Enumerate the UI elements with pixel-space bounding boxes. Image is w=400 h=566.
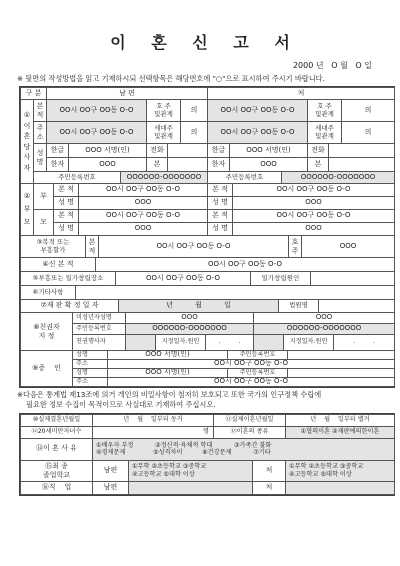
mother-name-value-w: OOO xyxy=(233,223,395,236)
wife-jumin-value: OOOOOO-OOOOOOO xyxy=(282,172,395,184)
witness1-name-label: 성명 xyxy=(73,351,108,360)
ruling-date-label: ⑦재 판 확 정 일 자 xyxy=(21,300,119,313)
occupation-wife-value xyxy=(286,481,395,494)
occupation-wife-label: 처 xyxy=(253,481,286,494)
wife-hangul-label: 한글 xyxy=(208,144,230,158)
section-custody: ⑧친권자지 정 미성년자성명 OOO OOO 주민등록번호 OOOOOO-OOO… xyxy=(20,312,395,351)
wife-bon-value xyxy=(329,158,395,172)
section2-vertical-label: ②부모 xyxy=(21,184,34,236)
founding-cause-label: 일가창립원인 xyxy=(251,272,311,286)
education-options-line2: ④고등학교 ⑤대학 이상 xyxy=(289,471,393,478)
witness1-addr-value: OO시 OO구 OO동 O-O xyxy=(108,360,395,369)
husband-sedaeju-label: 세대주및관계 xyxy=(147,122,181,144)
etc-value xyxy=(76,286,395,300)
witness1-addr-label: 주소 xyxy=(73,360,108,369)
husband-jumin-label: 주민등록번호 xyxy=(34,172,121,184)
court-name-value xyxy=(319,300,395,313)
new-bonjeok-label: ④신 본 적 xyxy=(21,258,96,272)
custody-exerciser-value-w xyxy=(254,335,284,351)
divorce-reason-line2: ④경제문제 ⑤성격차이 ⑥건강문제 ⑦기타 xyxy=(96,449,393,456)
father-bonjeok-value-w: OO시 OO구 OO동 O-O xyxy=(233,184,395,197)
designation-date-label-h: 지정일자.원인 xyxy=(156,335,206,351)
mother-name-label-w: 성 명 xyxy=(208,223,233,236)
divorce-date-value: 년 월 일부터 별거 xyxy=(286,414,395,426)
divorce-reason-options: ①배우자 부정 ②정신적·육체적 학대 ③가족간 불화④경제문제 ⑤성격차이 ⑥… xyxy=(93,438,395,460)
header-wife: 처 xyxy=(208,88,395,100)
bonjeok-label: 본적 xyxy=(34,100,47,122)
custody-jumin-label: 주민등록번호 xyxy=(73,324,126,335)
divorce-type-label: ⑬이혼의 종류 xyxy=(214,426,286,438)
occupation-husband-label: 남편 xyxy=(93,481,129,494)
bokjeok-label: ③복적 또는부흥할가 xyxy=(21,236,86,258)
section-ruling-date: ⑦재 판 확 정 일 자 년 월 일 법원명 xyxy=(20,299,395,313)
statistics-note: ※다음은 통계법 제13조에 의거 개인의 비밀사항이 철저히 보호되고 또한 … xyxy=(17,390,400,411)
custody-jumin-value-w: OOOOOO-OOOOOOO xyxy=(254,324,395,335)
statistics-note-line2: 필요한 정보 수집이 목적이므로 사실대로 기재하여 주십시오. xyxy=(17,400,400,410)
marriage-date-label: ⑩실제결혼년월일 xyxy=(21,414,93,426)
marriage-date-value: 년 월 일부터 동거 xyxy=(93,414,214,426)
father-bonjeok-label-w: 본 적 xyxy=(208,184,233,197)
founding-cause-value xyxy=(311,272,395,286)
witness-label: ⑨증 인 xyxy=(21,351,73,387)
husband-phone-value xyxy=(168,144,208,158)
name-label: 성명 xyxy=(34,144,47,172)
husband-hanja-name: OOO xyxy=(69,158,147,172)
husband-bon-value xyxy=(168,158,208,172)
education-husband-options: ①무학 ②초등학교 ③중학교④고등학교 ⑤대학 이상 xyxy=(129,460,253,481)
section-bokjeok: ③복적 또는부흥할가 본적 OO시 OO구 OO동 O-O 호주 OOO xyxy=(20,235,395,258)
occupation-label: ⑯직 업 xyxy=(21,481,93,494)
buheung-label: ⑤부흥또는 일가창립장소 xyxy=(21,272,116,286)
bokjeok-bonjeok-label: 본적 xyxy=(86,236,99,258)
father-bonjeok-label-h: 본 적 xyxy=(54,184,79,197)
wife-hanja-label: 한자 xyxy=(208,158,230,172)
minor-name-value-w: OOO xyxy=(254,313,395,324)
father-name-label-w: 성 명 xyxy=(208,197,233,210)
divorce-type-options: ①협의이혼 ②재판에의한이혼 xyxy=(286,426,395,438)
education-label-line2: 졸업학교 xyxy=(22,471,91,479)
wife-hoju-ui: 의 xyxy=(342,100,395,122)
bokjeok-hoju-name: OOO xyxy=(302,236,395,258)
header-gubun: 구 분 xyxy=(21,88,47,100)
custody-label-line2: 지 정 xyxy=(22,332,71,340)
minor-name-value-h: OOO xyxy=(126,313,254,324)
witness2-addr-label: 주소 xyxy=(73,378,108,387)
husband-name-sign: OOO 서명(인) xyxy=(69,144,147,158)
occupation-husband-value xyxy=(129,481,253,494)
father-name-label-h: 성 명 xyxy=(54,197,79,210)
divorce-reason-label: ⑭이 혼 사 유 xyxy=(21,438,93,460)
new-bonjeok-value: OO시 OO구 OO동 O-O xyxy=(96,258,395,272)
witness2-name-value: OOO 서명(인) xyxy=(108,369,228,378)
juso-label: 주소 xyxy=(34,122,47,144)
minor-children-value: 명 xyxy=(93,426,214,438)
sedaeju-line2: 및관계 xyxy=(148,133,179,141)
etc-label: ⑥기타사항 xyxy=(21,286,76,300)
husband-hangul-label: 한글 xyxy=(47,144,69,158)
education-label-line1: ⑮최 종 xyxy=(22,462,91,470)
bokjeok-address-value: OO시 OO구 OO동 O-O xyxy=(99,236,289,258)
mother-bonjeok-label-w: 본 적 xyxy=(208,210,233,223)
form-date: 2000 년 O 월 O 일 xyxy=(0,60,400,71)
husband-juso-value: OO시 OO구 OO동 O-O xyxy=(47,122,147,144)
ruling-date-value: 년 월 일 xyxy=(119,300,279,313)
education-options-line1: ①무학 ②초등학교 ③중학교 xyxy=(289,463,393,470)
custody-jumin-value-h: OOOOOO-OOOOOOO xyxy=(126,324,254,335)
witness1-name-value: OOO 서명(인) xyxy=(108,351,228,360)
buheung-address-value: OO시 OO구 OO동 O-O xyxy=(116,272,251,286)
mother-bonjeok-value-w: OO시 OO구 OO동 O-O xyxy=(233,210,395,223)
husband-hoju-ui: 의 xyxy=(181,100,208,122)
father-label: 부 xyxy=(34,184,54,210)
header-husband: 남 편 xyxy=(47,88,208,100)
father-name-value-h: OOO xyxy=(79,197,208,210)
witness2-jumin-value xyxy=(288,369,395,378)
mother-name-value-h: OOO xyxy=(79,223,208,236)
father-name-value-w: OOO xyxy=(233,197,395,210)
husband-phone-label: 전화 xyxy=(147,144,168,158)
section-witness: ⑨증 인 성명 OOO 서명(인) 주민등록번호 주소 OO시 OO구 OO동 … xyxy=(20,350,395,387)
sedaeju-line2: 및관계 xyxy=(309,133,340,141)
designation-date-value-w: . . xyxy=(334,335,395,351)
minor-children-label: ⑫20세미만자녀수 xyxy=(21,426,93,438)
instruction-note: ※ 뒷면의 작성방법을 읽고 기재하시되 선택항목은 해당번호에 "○"으로 표… xyxy=(17,74,400,84)
education-label: ⑮최 종졸업학교 xyxy=(21,460,93,481)
wife-hanja-name: OOO xyxy=(230,158,308,172)
section-etc: ⑥기타사항 xyxy=(20,285,395,300)
husband-jumin-value: OOOOOO-OOOOOOO xyxy=(121,172,208,184)
custody-exerciser-label: 친권행사자 xyxy=(73,335,126,351)
husband-bonjeok-value: OO시 OO구 OO동 O-O xyxy=(47,100,147,122)
designation-date-value-h: . . xyxy=(206,335,254,351)
wife-phone-label: 전화 xyxy=(308,144,329,158)
mother-label: 모 xyxy=(34,210,54,236)
section-buheung: ⑤부흥또는 일가창립장소 OO시 OO구 OO동 O-O 일가창립원인 xyxy=(20,271,395,286)
court-name-label: 법원명 xyxy=(279,300,319,313)
wife-hoju-label: 호 주및관계 xyxy=(308,100,342,122)
section-new-bonjeok: ④신 본 적 OO시 OO구 OO동 O-O xyxy=(20,257,395,272)
section-statistics: ⑩실제결혼년월일 년 월 일부터 동거 ⑪실제이혼년월일 년 월 일부터 별거 … xyxy=(20,414,395,495)
statistics-table: ⑩실제결혼년월일 년 월 일부터 동거 ⑪실제이혼년월일 년 월 일부터 별거 … xyxy=(19,413,395,496)
wife-sedaeju-label: 세대주및관계 xyxy=(308,122,342,144)
custody-exerciser-value-h xyxy=(126,335,156,351)
form-title: 이 혼 신 고 서 xyxy=(0,30,400,53)
wife-sedaeju-ui: 의 xyxy=(342,122,395,144)
custody-label: ⑧친권자지 정 xyxy=(21,313,73,351)
hoju-line2: 및관계 xyxy=(309,111,340,119)
husband-bon-label: 본 xyxy=(147,158,168,172)
husband-hoju-label: 호 주및관계 xyxy=(147,100,181,122)
section-parties: 구 분 남 편 처 ①이혼당사자 본적 OO시 OO구 OO동 O-O 호 주및… xyxy=(20,87,395,184)
section1-vertical-label: ①이혼당사자 xyxy=(21,100,34,184)
education-options-line2: ④고등학교 ⑤대학 이상 xyxy=(132,471,251,478)
witness1-jumin-label: 주민등록번호 xyxy=(228,351,288,360)
designation-date-label-w: 지정일자.원인 xyxy=(284,335,334,351)
wife-bon-label: 본 xyxy=(308,158,329,172)
witness2-addr-value: OO시 OO구 OO동 O-O xyxy=(108,378,395,387)
father-bonjeok-value-h: OO시 OO구 OO동 O-O xyxy=(79,184,208,197)
custody-label-line1: ⑧친권자 xyxy=(22,323,71,331)
education-options-line1: ①무학 ②초등학교 ③중학교 xyxy=(132,463,251,470)
mother-name-label-h: 성 명 xyxy=(54,223,79,236)
statistics-note-line1: ※다음은 통계법 제13조에 의거 개인의 비밀사항이 철저히 보호되고 또한 … xyxy=(17,390,400,400)
education-husband-label: 남편 xyxy=(93,460,129,481)
mother-bonjeok-label-h: 본 적 xyxy=(54,210,79,223)
education-wife-label: 처 xyxy=(253,460,286,481)
witness1-jumin-value xyxy=(288,351,395,360)
wife-bonjeok-value: OO시 OO구 OO동 O-O xyxy=(208,100,308,122)
wife-juso-value: OO시 OO구 OO동 O-O xyxy=(208,122,308,144)
bokjeok-label-line2: 부흥할가 xyxy=(22,247,84,255)
husband-hanja-label: 한자 xyxy=(47,158,69,172)
section-parents: ②부모 부 본 적 OO시 OO구 OO동 O-O 본 적 OO시 OO구 OO… xyxy=(20,183,395,236)
husband-sedaeju-ui: 의 xyxy=(181,122,208,144)
witness2-name-label: 성명 xyxy=(73,369,108,378)
wife-name-sign: OOO 서명(인) xyxy=(230,144,308,158)
main-form-table: 구 분 남 편 처 ①이혼당사자 본적 OO시 OO구 OO동 O-O 호 주및… xyxy=(19,86,395,388)
education-wife-options: ①무학 ②초등학교 ③중학교④고등학교 ⑤대학 이상 xyxy=(286,460,395,481)
wife-jumin-label: 주민등록번호 xyxy=(208,172,282,184)
mother-bonjeok-value-h: OO시 OO구 OO동 O-O xyxy=(79,210,208,223)
divorce-date-label: ⑪실제이혼년월일 xyxy=(214,414,286,426)
hoju-line2: 및관계 xyxy=(148,111,179,119)
wife-phone-value xyxy=(329,144,395,158)
minor-name-label: 미성년자성명 xyxy=(73,313,126,324)
bokjeok-hoju-label: 호주 xyxy=(289,236,302,258)
witness2-jumin-label: 주민등록번호 xyxy=(228,369,288,378)
